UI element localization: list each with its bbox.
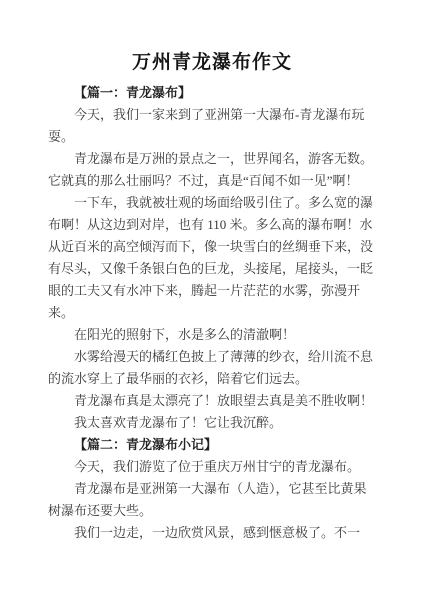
text-line: 布啊！从这边到对岸，也有 110 米。多么高的瀑布啊！水 [48,214,375,236]
text-line: 今天，我们一家来到了亚洲第一大瀑布-青龙瀑布玩 [48,104,375,126]
text-line: 在阳光的照射下，水是多么的清澈啊！ [48,324,375,346]
text-line: 从近百米的高空倾泻而下，像一块雪白的丝绸垂下来，没 [48,236,375,258]
text-line: 今天，我们游览了位于重庆万州甘宁的青龙瀑布。 [48,456,375,478]
text-line: 我们一边走，一边欣赏风景，感到惬意极了。不一 [48,522,375,544]
text-line: 一下车，我就被壮观的场面给吸引住了。多么宽的瀑 [48,192,375,214]
text-line: 青龙瀑布真是太漂亮了！放眼望去真是美不胜收啊！ [48,390,375,412]
text-line: 眼的工夫又有水冲下来，腾起一片茫茫的水雾，弥漫开 [48,280,375,302]
section-heading: 【篇二：青龙瀑布小记】 [48,434,375,456]
text-line: 耍。 [48,126,375,148]
text-line: 的流水穿上了最华丽的衣衫，陪着它们远去。 [48,368,375,390]
text-line: 树瀑布还要大些。 [48,500,375,522]
text-line: 我太喜欢青龙瀑布了！它让我沉醉。 [48,412,375,434]
document-title: 万州青龙瀑布作文 [0,0,424,73]
text-line: 青龙瀑布是亚洲第一大瀑布（人造），它甚至比黄果 [48,478,375,500]
text-line: 水雾给漫天的橘红色披上了薄薄的纱衣，给川流不息 [48,346,375,368]
text-line: 来。 [48,302,375,324]
section-heading: 【篇一：青龙瀑布】 [48,82,375,104]
document-body: 【篇一：青龙瀑布】今天，我们一家来到了亚洲第一大瀑布-青龙瀑布玩耍。青龙瀑布是万… [48,82,375,544]
document-page: 万州青龙瀑布作文 【篇一：青龙瀑布】今天，我们一家来到了亚洲第一大瀑布-青龙瀑布… [0,0,424,600]
text-line: 它就真的那么壮丽吗？不过，真是“百闻不如一见”啊！ [48,170,375,192]
text-line: 青龙瀑布是万洲的景点之一，世界闻名，游客无数。 [48,148,375,170]
text-line: 有尽头，又像千条银白色的巨龙，头接尾，尾接头，一眨 [48,258,375,280]
